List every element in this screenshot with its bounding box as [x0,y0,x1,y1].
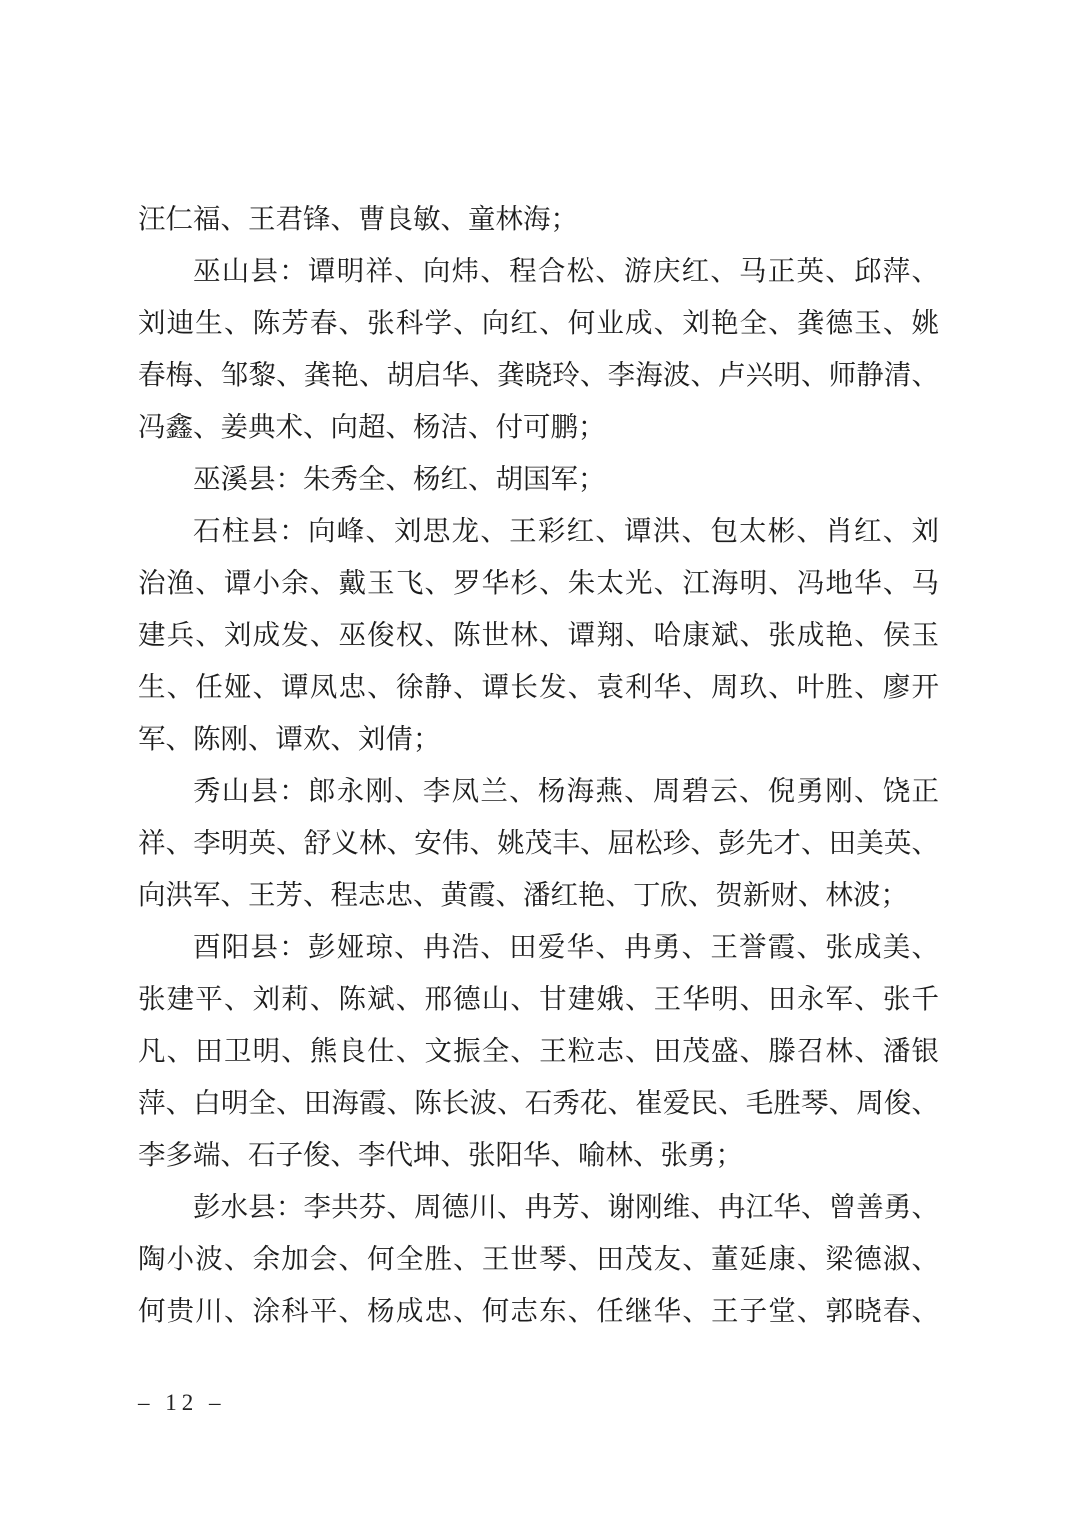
text-line-shizhu-county-list: 石柱县：向峰、刘思龙、王彩红、谭洪、包太彬、肖红、刘 [138,505,939,557]
text-line-youyang-county-list: 李多端、石子俊、李代坤、张阳华、喻林、张勇； [138,1129,939,1181]
text-line-shizhu-county-list: 建兵、刘成发、巫俊权、陈世林、谭翔、哈康斌、张成艳、侯玉 [138,609,939,661]
page-number: – 12 – [138,1390,226,1416]
text-line-wushan-county-list: 刘迪生、陈芳春、张科学、向红、何业成、刘艳全、龚德玉、姚 [138,297,939,349]
text-line-youyang-county-list: 萍、白明全、田海霞、陈长波、石秀花、崔爱民、毛胜琴、周俊、 [138,1077,939,1129]
text-line-wuxi-county-list: 巫溪县：朱秀全、杨红、胡国军； [138,453,939,505]
text-line-pengshui-county-list: 何贵川、涂科平、杨成忠、何志东、任继华、王子堂、郭晓春、 [138,1285,939,1337]
text-line-shizhu-county-list: 生、任娅、谭凤忠、徐静、谭长发、袁利华、周玖、叶胜、廖开 [138,661,939,713]
text-line-wushan-county-list: 巫山县：谭明祥、向炜、程合松、游庆红、马正英、邱萍、 [138,245,939,297]
text-line-wushan-county-list: 冯鑫、姜典术、向超、杨洁、付可鹏； [138,401,939,453]
text-line-youyang-county-list: 凡、田卫明、熊良仕、文振全、王粒志、田茂盛、滕召林、潘银 [138,1025,939,1077]
text-line-youyang-county-list: 酉阳县：彭娅琼、冉浩、田爱华、冉勇、王誉霞、张成美、 [138,921,939,973]
text-line-wushan-county-list: 春梅、邹黎、龚艳、胡启华、龚晓玲、李海波、卢兴明、师静清、 [138,349,939,401]
document-page: 汪仁福、王君锋、曹良敏、童林海；巫山县：谭明祥、向炜、程合松、游庆红、马正英、邱… [0,0,1074,1520]
text-line-continuation-list: 汪仁福、王君锋、曹良敏、童林海； [138,193,939,245]
text-line-xiushan-county-list: 向洪军、王芳、程志忠、黄霞、潘红艳、丁欣、贺新财、林波； [138,869,939,921]
body-text: 汪仁福、王君锋、曹良敏、童林海；巫山县：谭明祥、向炜、程合松、游庆红、马正英、邱… [138,193,939,1337]
text-line-pengshui-county-list: 彭水县：李共芬、周德川、冉芳、谢刚维、冉江华、曾善勇、 [138,1181,939,1233]
text-line-shizhu-county-list: 军、陈刚、谭欢、刘倩； [138,713,939,765]
text-line-pengshui-county-list: 陶小波、余加会、何全胜、王世琴、田茂友、董延康、梁德淑、 [138,1233,939,1285]
text-line-xiushan-county-list: 秀山县：郎永刚、李凤兰、杨海燕、周碧云、倪勇刚、饶正 [138,765,939,817]
text-line-xiushan-county-list: 祥、李明英、舒义林、安伟、姚茂丰、屈松珍、彭先才、田美英、 [138,817,939,869]
text-line-shizhu-county-list: 治渔、谭小余、戴玉飞、罗华杉、朱太光、江海明、冯地华、马 [138,557,939,609]
text-line-youyang-county-list: 张建平、刘莉、陈斌、邢德山、甘建娥、王华明、田永军、张千 [138,973,939,1025]
